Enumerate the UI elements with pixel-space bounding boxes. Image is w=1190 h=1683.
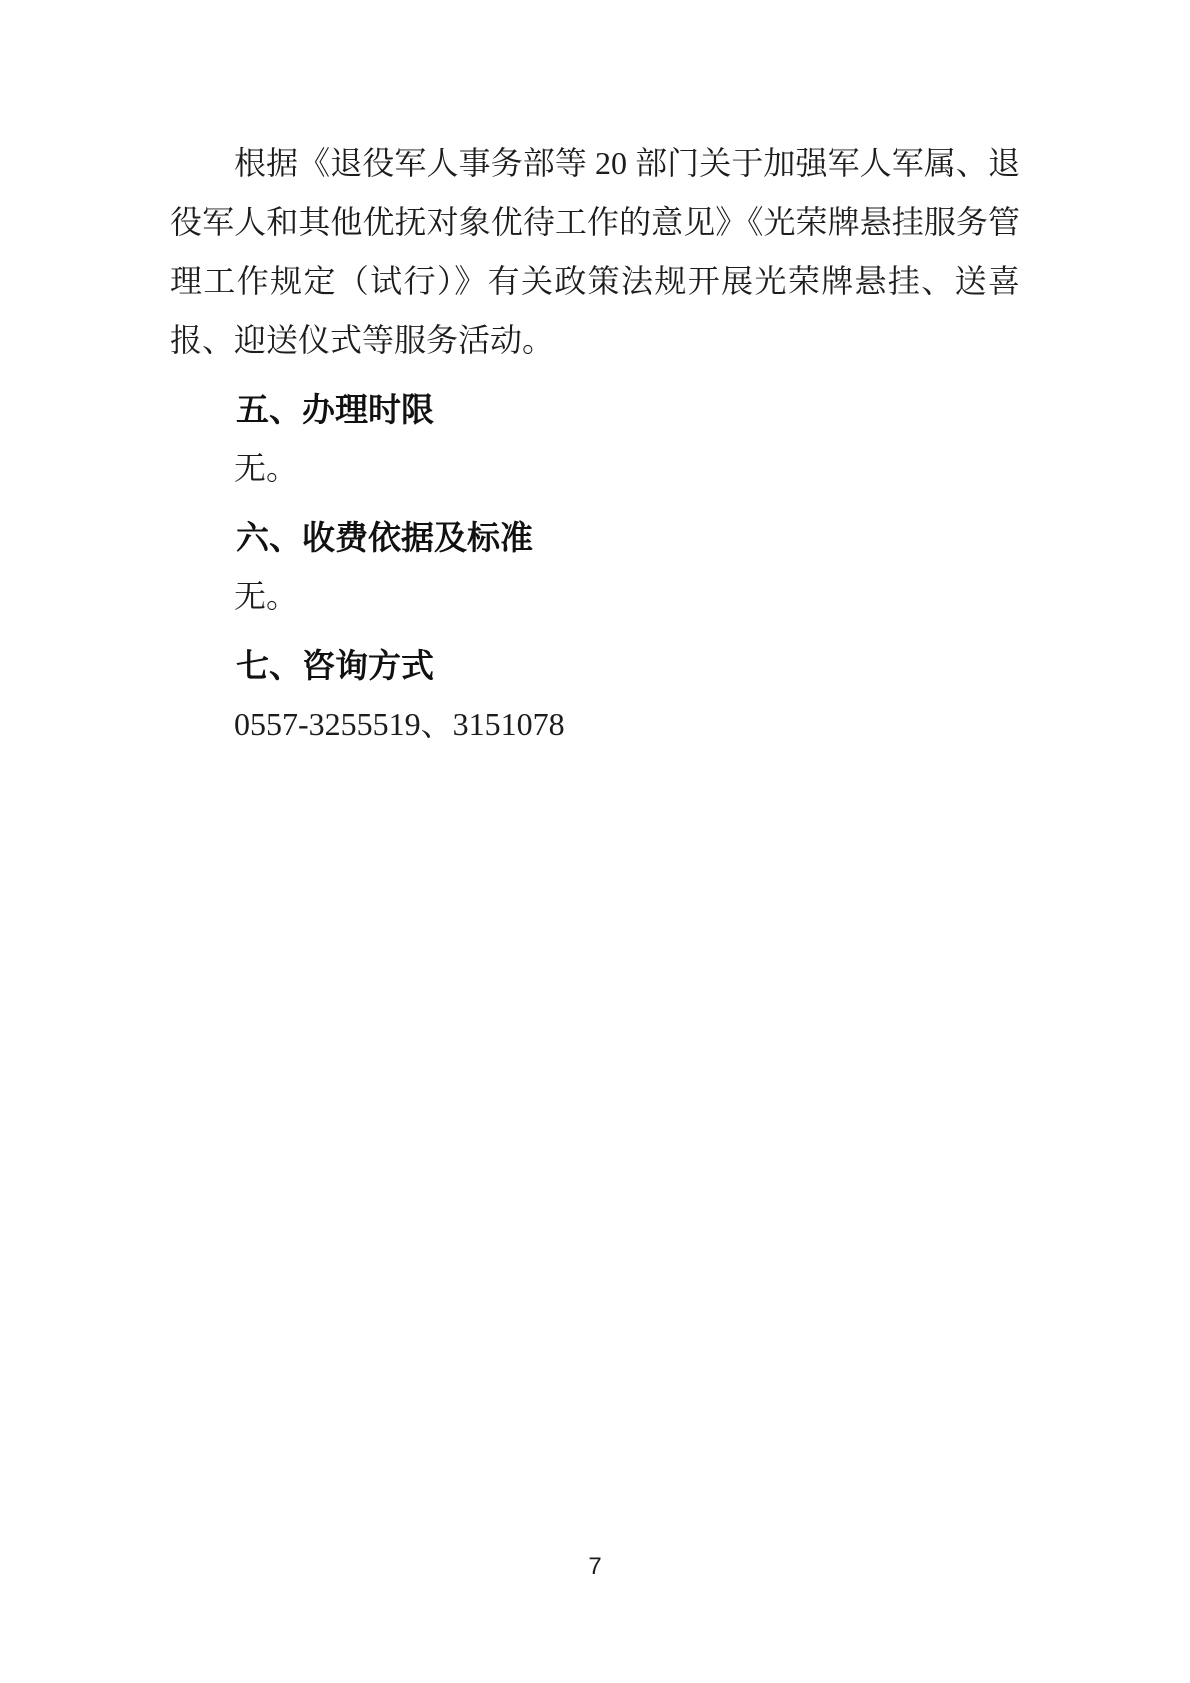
document-content: 根据《退役军人事务部等 20 部门关于加强军人军属、退役军人和其他优抚对象优待工…: [170, 134, 1020, 754]
section-body-consultation-phone: 0557-3255519、3151078: [170, 695, 1020, 754]
section-heading-processing-time-limit: 五、办理时限: [170, 380, 1020, 439]
section-body-fee-basis-standard: 无。: [170, 567, 1020, 626]
page-number: 7: [0, 1552, 1190, 1582]
section-heading-fee-basis-standard: 六、收费依据及标准: [170, 508, 1020, 567]
paragraph-legal-basis: 根据《退役军人事务部等 20 部门关于加强军人军属、退役军人和其他优抚对象优待工…: [170, 134, 1020, 370]
section-heading-consultation-method: 七、咨询方式: [170, 636, 1020, 695]
document-page: 根据《退役军人事务部等 20 部门关于加强军人军属、退役军人和其他优抚对象优待工…: [0, 0, 1190, 1683]
section-body-processing-time-limit: 无。: [170, 439, 1020, 498]
